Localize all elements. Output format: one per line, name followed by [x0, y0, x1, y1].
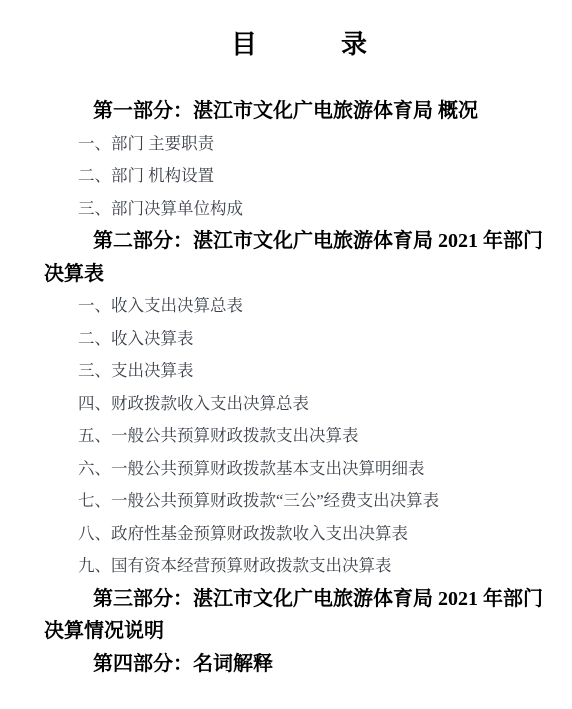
toc-item-part2-3: 三、支出决算表 [44, 355, 554, 388]
toc-item-part2-9: 九、国有资本经营预算财政拨款支出决算表 [44, 550, 554, 583]
toc-item-part2-8: 八、政府性基金预算财政拨款收入支出决算表 [44, 518, 554, 551]
table-of-contents: 第一部分：湛江市文化广电旅游体育局 概况 一、部门 主要职责 二、部门 机构设置… [44, 95, 554, 680]
toc-item-part1-3: 三、部门决算单位构成 [44, 193, 554, 226]
toc-item-part1-2: 二、部门 机构设置 [44, 160, 554, 193]
toc-heading-part4: 第四部分：名词解释 [44, 648, 554, 681]
toc-item-part1-1: 一、部门 主要职责 [44, 128, 554, 161]
page-title: 目 录 [44, 30, 554, 60]
toc-item-part2-7: 七、一般公共预算财政拨款“三公”经费支出决算表 [44, 485, 554, 518]
toc-item-part2-6: 六、一般公共预算财政拨款基本支出决算明细表 [44, 453, 554, 486]
toc-item-part2-4: 四、财政拨款收入支出决算总表 [44, 388, 554, 421]
toc-heading-part3: 第三部分：湛江市文化广电旅游体育局 2021 年部门 决算情况说明 [44, 583, 554, 648]
page-title-left-char: 目 [231, 30, 257, 60]
toc-heading-part2: 第二部分：湛江市文化广电旅游体育局 2021 年部门 决算表 [44, 225, 554, 290]
toc-item-part2-2: 二、收入决算表 [44, 323, 554, 356]
page-title-right-char: 录 [341, 30, 367, 60]
document-page: 目 录 第一部分：湛江市文化广电旅游体育局 概况 一、部门 主要职责 二、部门 … [0, 0, 572, 709]
toc-item-part2-5: 五、一般公共预算财政拨款支出决算表 [44, 420, 554, 453]
toc-heading-part1: 第一部分：湛江市文化广电旅游体育局 概况 [44, 95, 554, 128]
toc-item-part2-1: 一、收入支出决算总表 [44, 290, 554, 323]
